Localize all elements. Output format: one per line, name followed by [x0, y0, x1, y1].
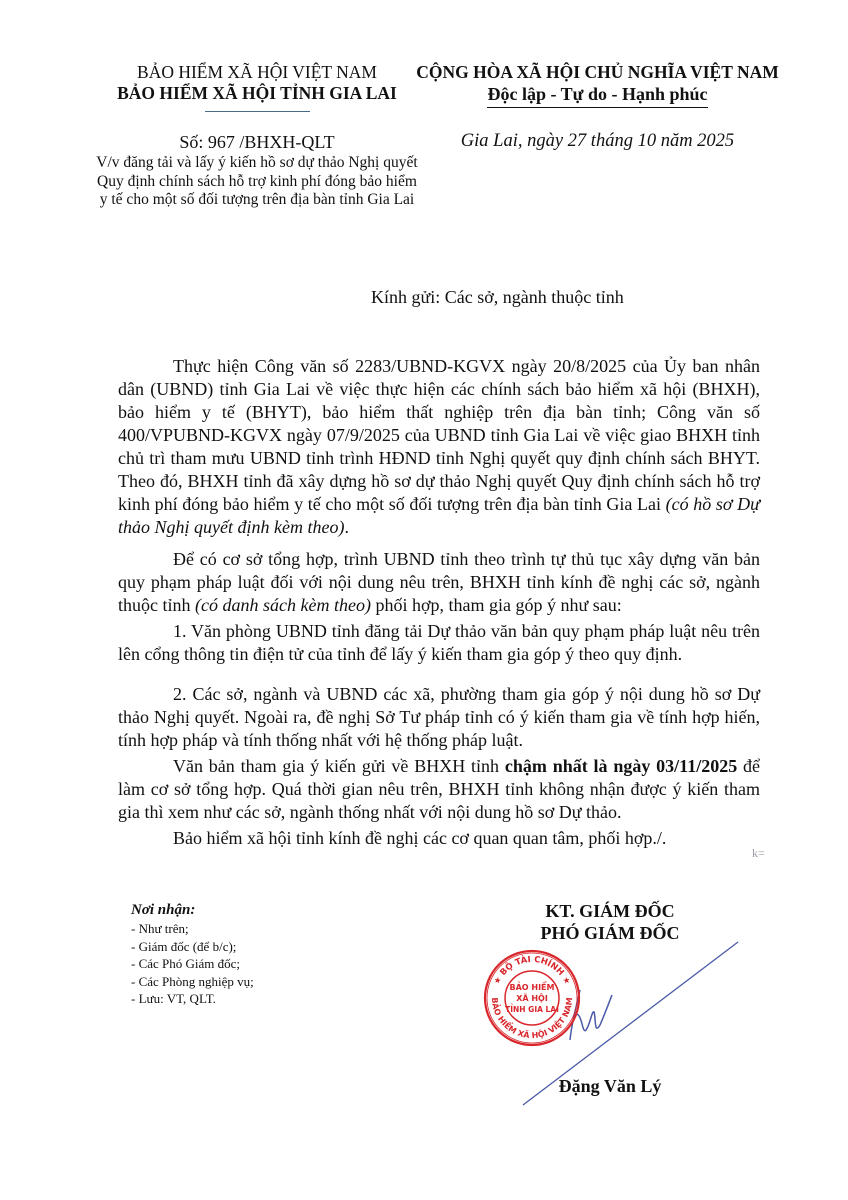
- deadline: chậm nhất là ngày 03/11/2025: [505, 756, 737, 776]
- document-number: Số: 967 /BHXH-QLT: [92, 132, 422, 152]
- signature-authority: KT. GIÁM ĐỐC: [480, 900, 740, 922]
- signature-title: KT. GIÁM ĐỐC PHÓ GIÁM ĐỐC: [480, 900, 740, 944]
- recipients-title: Nơi nhận:: [131, 901, 361, 920]
- svg-text:BẢO HIỂM: BẢO HIỂM: [510, 980, 555, 992]
- paragraph-1: Thực hiện Công văn số 2283/UBND-KGVX ngà…: [118, 355, 760, 539]
- initial-mark: k=: [752, 846, 765, 861]
- paragraph-6: Bảo hiểm xã hội tỉnh kính đề nghị các cơ…: [118, 827, 760, 850]
- paragraph-5: Văn bản tham gia ý kiến gửi về BHXH tỉnh…: [118, 755, 760, 824]
- addressee: Kính gửi: Các sở, ngành thuộc tỉnh: [371, 287, 624, 308]
- official-seal-icon: ★ BỘ TÀI CHÍNH ★ BẢO HIỂM XÃ HỘI VIỆT NA…: [482, 948, 582, 1048]
- paragraph-3: 1. Văn phòng UBND tỉnh đăng tải Dự thảo …: [118, 620, 760, 666]
- document-subject: V/v đăng tải và lấy ý kiến hồ sơ dự thảo…: [92, 154, 422, 210]
- recipient-item: - Các Phó Giám đốc;: [131, 955, 361, 973]
- paragraph-2: Để có cơ sở tổng hợp, trình UBND tỉnh th…: [118, 548, 760, 617]
- recipient-item: - Lưu: VT, QLT.: [131, 990, 361, 1008]
- svg-text:XÃ HỘI: XÃ HỘI: [516, 993, 548, 1003]
- recipients-block: Nơi nhận: - Như trên; - Giám đốc (để b/c…: [131, 901, 361, 1008]
- parent-agency: BẢO HIỂM XÃ HỘI VIỆT NAM: [92, 62, 422, 83]
- issuing-agency: BẢO HIỂM XÃ HỘI TỈNH GIA LAI: [92, 83, 422, 104]
- header-underline: [205, 111, 310, 112]
- recipient-item: - Các Phòng nghiệp vụ;: [131, 973, 361, 991]
- paragraph-4: 2. Các sở, ngành và UBND các xã, phường …: [118, 683, 760, 752]
- national-motto: Độc lập - Tự do - Hạnh phúc: [487, 83, 707, 108]
- signer-name: Đặng Văn Lý: [480, 1076, 740, 1097]
- nation-name: CỘNG HÒA XÃ HỘI CHỦ NGHĨA VIỆT NAM: [410, 62, 785, 83]
- svg-text:TỈNH GIA LAI: TỈNH GIA LAI: [505, 1004, 559, 1014]
- date-line: Gia Lai, ngày 27 tháng 10 năm 2025: [410, 131, 785, 152]
- agency-header: BẢO HIỂM XÃ HỘI VIỆT NAM BẢO HIỂM XÃ HỘI…: [92, 62, 422, 112]
- italic-note: (có danh sách kèm theo): [195, 595, 371, 615]
- national-header: CỘNG HÒA XÃ HỘI CHỦ NGHĨA VIỆT NAM Độc l…: [410, 62, 785, 108]
- recipient-item: - Giám đốc (để b/c);: [131, 938, 361, 956]
- recipient-item: - Như trên;: [131, 920, 361, 938]
- svg-text:★ BỘ TÀI CHÍNH ★: ★ BỘ TÀI CHÍNH ★: [492, 953, 572, 987]
